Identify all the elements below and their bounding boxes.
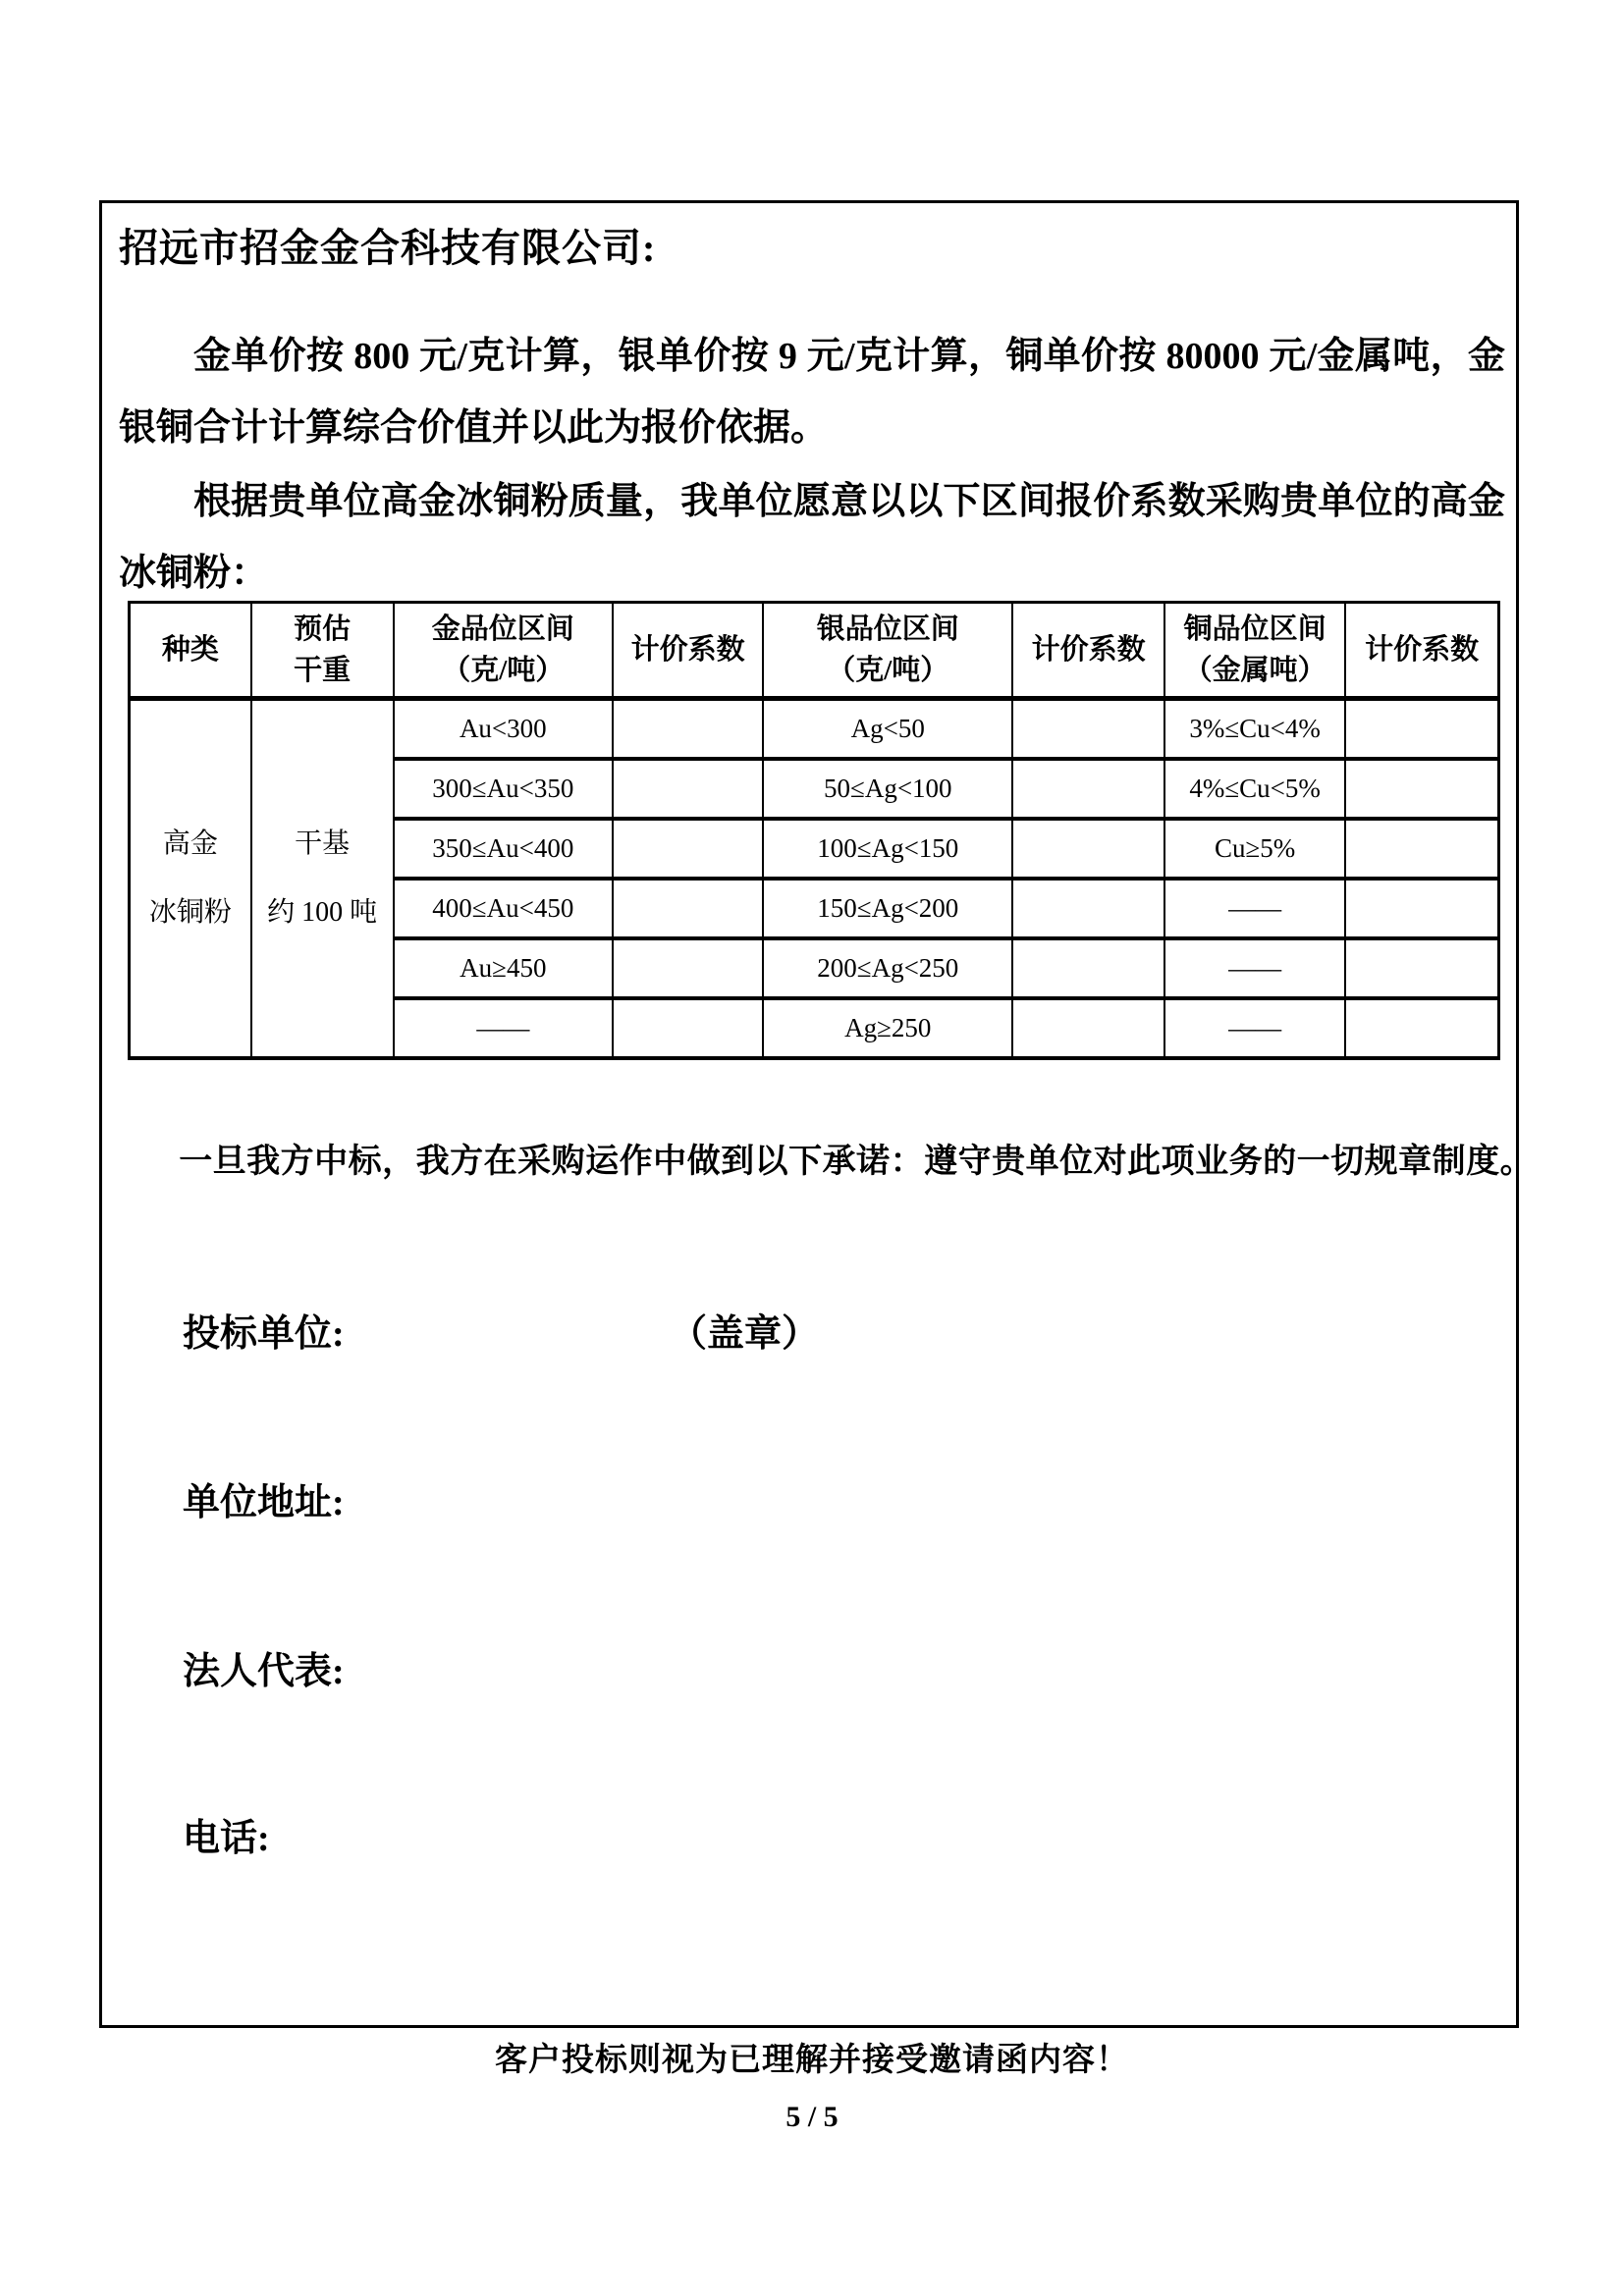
header-copper-coef: 计价系数 <box>1345 603 1498 699</box>
silver-coef-cell <box>1012 938 1164 998</box>
gold-coef-cell <box>613 699 763 760</box>
header-silver-range: 银品位区间（克/吨） <box>763 603 1012 699</box>
copper-coef-cell <box>1345 759 1498 819</box>
header-dry-weight: 预估干重 <box>251 603 394 699</box>
gold-range-cell: 300≤Au<350 <box>394 759 613 819</box>
header-category: 种类 <box>130 603 251 699</box>
copper-range-cell: Cu≥5% <box>1164 819 1345 879</box>
gold-coef-cell <box>613 819 763 879</box>
silver-range-cell: 50≤Ag<100 <box>763 759 1012 819</box>
header-silver-coef: 计价系数 <box>1012 603 1164 699</box>
gold-range-cell: 400≤Au<450 <box>394 879 613 938</box>
gold-range-cell: Au<300 <box>394 699 613 760</box>
silver-range-cell: Ag≥250 <box>763 998 1012 1058</box>
copper-range-cell: —— <box>1164 938 1345 998</box>
silver-coef-cell <box>1012 819 1164 879</box>
recipient-line: 招远市招金金合科技有限公司: <box>119 217 656 273</box>
header-copper-range: 铜品位区间（金属吨） <box>1164 603 1345 699</box>
header-gold-coef: 计价系数 <box>613 603 763 699</box>
copper-coef-cell <box>1345 879 1498 938</box>
silver-range-cell: Ag<50 <box>763 699 1012 760</box>
gold-range-cell: 350≤Au<400 <box>394 819 613 879</box>
phone-label: 电话: <box>183 1807 270 1861</box>
gold-coef-cell <box>613 879 763 938</box>
footer-note: 客户投标则视为已理解并接受邀请函内容！ <box>0 2034 1624 2080</box>
seal-label: （盖章） <box>670 1303 819 1357</box>
silver-range-cell: 150≤Ag<200 <box>763 879 1012 938</box>
commitment-paragraph: 一旦我方中标，我方在采购运作中做到以下承诺：遵守贵单位对此项业务的一切规章制度。 <box>119 1134 1505 1182</box>
copper-coef-cell <box>1345 819 1498 879</box>
silver-range-cell: 200≤Ag<250 <box>763 938 1012 998</box>
gold-coef-cell <box>613 759 763 819</box>
document-page: 招远市招金金合科技有限公司: 金单价按 800 元/克计算，银单价按 9 元/克… <box>0 0 1624 2296</box>
category-cell: 高金冰铜粉 <box>130 699 251 1059</box>
copper-coef-cell <box>1345 699 1498 760</box>
gold-range-cell: Au≥450 <box>394 938 613 998</box>
copper-range-cell: —— <box>1164 879 1345 938</box>
silver-coef-cell <box>1012 699 1164 760</box>
copper-range-cell: —— <box>1164 998 1345 1058</box>
copper-coef-cell <box>1345 998 1498 1058</box>
bidder-label: 投标单位: <box>183 1303 345 1357</box>
gold-range-cell: —— <box>394 998 613 1058</box>
address-label: 单位地址: <box>183 1471 345 1525</box>
gold-coef-cell <box>613 998 763 1058</box>
quotation-intro-paragraph: 根据贵单位高金冰铜粉质量，我单位愿意以以下区间报价系数采购贵单位的高金冰铜粉： <box>119 466 1505 610</box>
copper-range-cell: 3%≤Cu<4% <box>1164 699 1345 760</box>
gold-coef-cell <box>613 938 763 998</box>
page-number: 5 / 5 <box>0 2101 1624 2134</box>
copper-range-cell: 4%≤Cu<5% <box>1164 759 1345 819</box>
header-gold-range: 金品位区间（克/吨） <box>394 603 613 699</box>
quotation-coefficient-table: 种类 预估干重 金品位区间（克/吨） 计价系数 银品位区间（克/吨） 计价系数 … <box>128 601 1500 1060</box>
silver-coef-cell <box>1012 879 1164 938</box>
table-row: 高金冰铜粉 干基约 100 吨 Au<300 Ag<50 3%≤Cu<4% <box>130 699 1499 760</box>
document-border-frame: 招远市招金金合科技有限公司: 金单价按 800 元/克计算，银单价按 9 元/克… <box>99 200 1519 2028</box>
silver-coef-cell <box>1012 998 1164 1058</box>
silver-range-cell: 100≤Ag<150 <box>763 819 1012 879</box>
dry-weight-cell: 干基约 100 吨 <box>251 699 394 1059</box>
table-header-row: 种类 预估干重 金品位区间（克/吨） 计价系数 银品位区间（克/吨） 计价系数 … <box>130 603 1499 699</box>
pricing-basis-paragraph: 金单价按 800 元/克计算，银单价按 9 元/克计算，铜单价按 80000 元… <box>119 321 1505 464</box>
silver-coef-cell <box>1012 759 1164 819</box>
copper-coef-cell <box>1345 938 1498 998</box>
legal-representative-label: 法人代表: <box>183 1640 345 1694</box>
